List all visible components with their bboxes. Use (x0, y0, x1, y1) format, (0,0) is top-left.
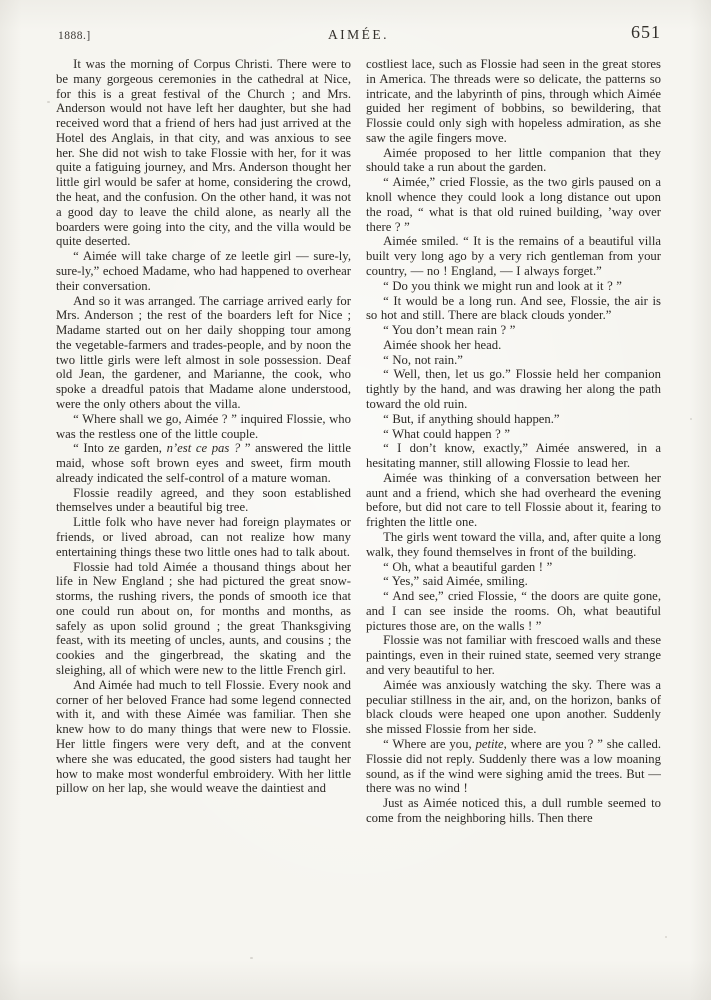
paragraph: “ Yes,” said Aimée, smiling. (366, 574, 661, 589)
paragraph: Flossie readily agreed, and they soon es… (56, 486, 351, 516)
text-run: Flossie readily agreed, and they soon es… (56, 486, 351, 515)
paragraph: costliest lace, such as Flossie had seen… (366, 57, 661, 146)
paragraph: Aimée proposed to her little companion t… (366, 146, 661, 176)
paragraph: And Aimée had much to tell Flossie. Ever… (56, 678, 351, 796)
paragraph: Aimée smiled. “ It is the remains of a b… (366, 234, 661, 278)
scanned-book-page: 1888.] AIMÉE. 651 It was the morning of … (0, 0, 711, 1000)
page-number: 651 (631, 22, 661, 43)
text-run: “ Well, then, let us go.” Flossie held h… (366, 367, 661, 411)
text-run: “ No, not rain.” (383, 353, 463, 367)
text-run: Just as Aimée noticed this, a dull rumbl… (366, 796, 661, 825)
paragraph: “ Well, then, let us go.” Flossie held h… (366, 367, 661, 411)
text-run: “ Do you think we might run and look at … (383, 279, 622, 293)
paragraph: And so it was arranged. The carriage arr… (56, 294, 351, 412)
paragraph: Flossie was not familiar with frescoed w… (366, 633, 661, 677)
text-run: And Aimée had much to tell Flossie. Ever… (56, 678, 351, 795)
text-run: Aimée was anxiously watching the sky. Th… (366, 678, 661, 736)
text-run: Aimée proposed to her little companion t… (366, 146, 661, 175)
text-run: And so it was arranged. The carriage arr… (56, 294, 351, 411)
paragraph: “ Where shall we go, Aimée ? ” inquired … (56, 412, 351, 442)
text-run: “ Aimée,” cried Flossie, as the two girl… (366, 175, 661, 233)
text-columns: It was the morning of Corpus Christi. Th… (56, 57, 661, 987)
text-run: Little folk who have never had foreign p… (56, 515, 351, 559)
scan-speck (47, 101, 50, 103)
paragraph: “ Into ze garden, n’est ce pas ? ” answe… (56, 441, 351, 485)
paragraph: It was the morning of Corpus Christi. Th… (56, 57, 351, 249)
right-column: costliest lace, such as Flossie had seen… (366, 57, 661, 987)
text-run: “ Aimée will take charge of ze leetle gi… (56, 249, 351, 293)
italic-text: n’est ce pas ? (167, 441, 241, 455)
text-run: “ And see,” cried Flossie, “ the doors a… (366, 589, 661, 633)
paragraph: “ Aimée,” cried Flossie, as the two girl… (366, 175, 661, 234)
paragraph: “ No, not rain.” (366, 353, 661, 368)
paragraph: “ What could happen ? ” (366, 427, 661, 442)
text-run: Flossie was not familiar with frescoed w… (366, 633, 661, 677)
left-column: It was the morning of Corpus Christi. Th… (56, 57, 351, 987)
paragraph: “ And see,” cried Flossie, “ the doors a… (366, 589, 661, 633)
paragraph: The girls went toward the villa, and, af… (366, 530, 661, 560)
paragraph: Flossie had told Aimée a thousand things… (56, 560, 351, 678)
paragraph: “ It would be a long run. And see, Floss… (366, 294, 661, 324)
text-run: “ It would be a long run. And see, Floss… (366, 294, 661, 323)
text-run: “ Oh, what a beautiful garden ! ” (383, 560, 552, 574)
text-run: Aimée smiled. “ It is the remains of a b… (366, 234, 661, 278)
running-head-title: AIMÉE. (56, 27, 661, 43)
paragraph: “ Do you think we might run and look at … (366, 279, 661, 294)
paragraph: “ You don’t mean rain ? ” (366, 323, 661, 338)
text-run: The girls went toward the villa, and, af… (366, 530, 661, 559)
text-run: “ Where shall we go, Aimée ? ” inquired … (56, 412, 351, 441)
text-run: “ I don’t know, exactly,” Aimée answered… (366, 441, 661, 470)
text-run: Aimée was thinking of a conversation bet… (366, 471, 661, 529)
paragraph: Aimée was anxiously watching the sky. Th… (366, 678, 661, 737)
text-run: Flossie had told Aimée a thousand things… (56, 560, 351, 677)
text-run: “ Into ze garden, (73, 441, 166, 455)
paragraph: “ Where are you, petite, where are you ?… (366, 737, 661, 796)
paragraph: “ Aimée will take charge of ze leetle gi… (56, 249, 351, 293)
paragraph: “ Oh, what a beautiful garden ! ” (366, 560, 661, 575)
text-run: It was the morning of Corpus Christi. Th… (56, 57, 351, 248)
italic-text: petite (475, 737, 503, 751)
text-run: “ What could happen ? ” (383, 427, 510, 441)
running-head: 1888.] AIMÉE. 651 (56, 24, 661, 46)
text-run: “ You don’t mean rain ? ” (383, 323, 515, 337)
scan-speck (250, 957, 253, 959)
paragraph: Aimée shook her head. (366, 338, 661, 353)
text-run: Aimée shook her head. (383, 338, 501, 352)
paragraph: “ But, if anything should happen.” (366, 412, 661, 427)
paragraph: Aimée was thinking of a conversation bet… (366, 471, 661, 530)
text-run: “ Yes,” said Aimée, smiling. (383, 574, 528, 588)
paragraph: “ I don’t know, exactly,” Aimée answered… (366, 441, 661, 471)
scan-speck (690, 418, 692, 420)
paragraph: Little folk who have never had foreign p… (56, 515, 351, 559)
paragraph: Just as Aimée noticed this, a dull rumbl… (366, 796, 661, 826)
text-run: “ But, if anything should happen.” (383, 412, 559, 426)
text-run: costliest lace, such as Flossie had seen… (366, 57, 661, 145)
scan-speck (665, 936, 667, 938)
text-run: “ Where are you, (383, 737, 475, 751)
